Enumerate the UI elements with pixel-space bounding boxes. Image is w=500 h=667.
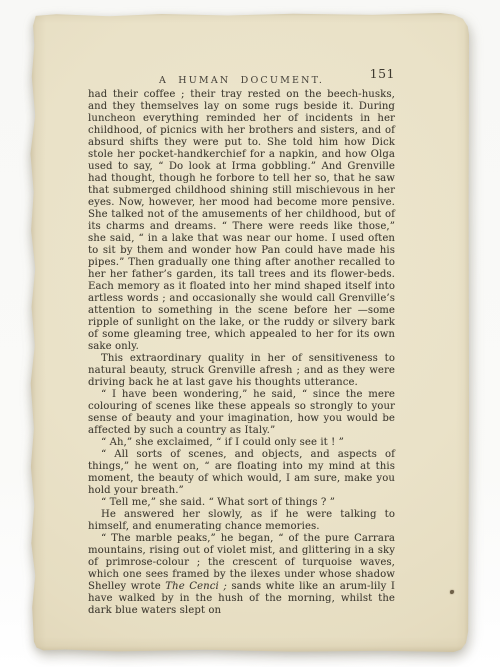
paragraph-7: He answered her slowly, as if he were ta…	[88, 509, 395, 533]
paragraph-4-dialogue: “ Ah,” she exclaimed, “ if I could only …	[88, 437, 395, 449]
page-number: 151	[370, 66, 395, 81]
running-head: A HUMAN DOCUMENT. 151	[88, 68, 395, 81]
paragraph-5-dialogue: “ All sorts of scenes, and objects, and …	[88, 449, 395, 497]
paragraph-3-dialogue: “ I have been wondering,” he said, “ sin…	[88, 389, 395, 437]
book-page: A HUMAN DOCUMENT. 151 had their coffee ;…	[30, 13, 469, 652]
paragraph-continuation: had their coffee ; their tray rested on …	[88, 89, 395, 353]
scanned-book-photo: A HUMAN DOCUMENT. 151 had their coffee ;…	[0, 0, 500, 667]
page-text: had their coffee ; their tray rested on …	[88, 89, 395, 617]
foxing-spot	[450, 590, 454, 594]
paragraph-6-dialogue: “ Tell me,” she said. “ What sort of thi…	[88, 497, 395, 509]
paragraph-2: This extraordinary quality in her of sen…	[88, 353, 395, 389]
book-title-header: A HUMAN DOCUMENT.	[159, 75, 324, 86]
paper-sheet: A HUMAN DOCUMENT. 151 had their coffee ;…	[30, 13, 469, 652]
book-title-citation: The Cenci ;	[165, 581, 227, 592]
paragraph-8-dialogue: “ The marble peaks,” he began, “ of the …	[88, 533, 395, 617]
printed-area: A HUMAN DOCUMENT. 151 had their coffee ;…	[88, 68, 395, 617]
